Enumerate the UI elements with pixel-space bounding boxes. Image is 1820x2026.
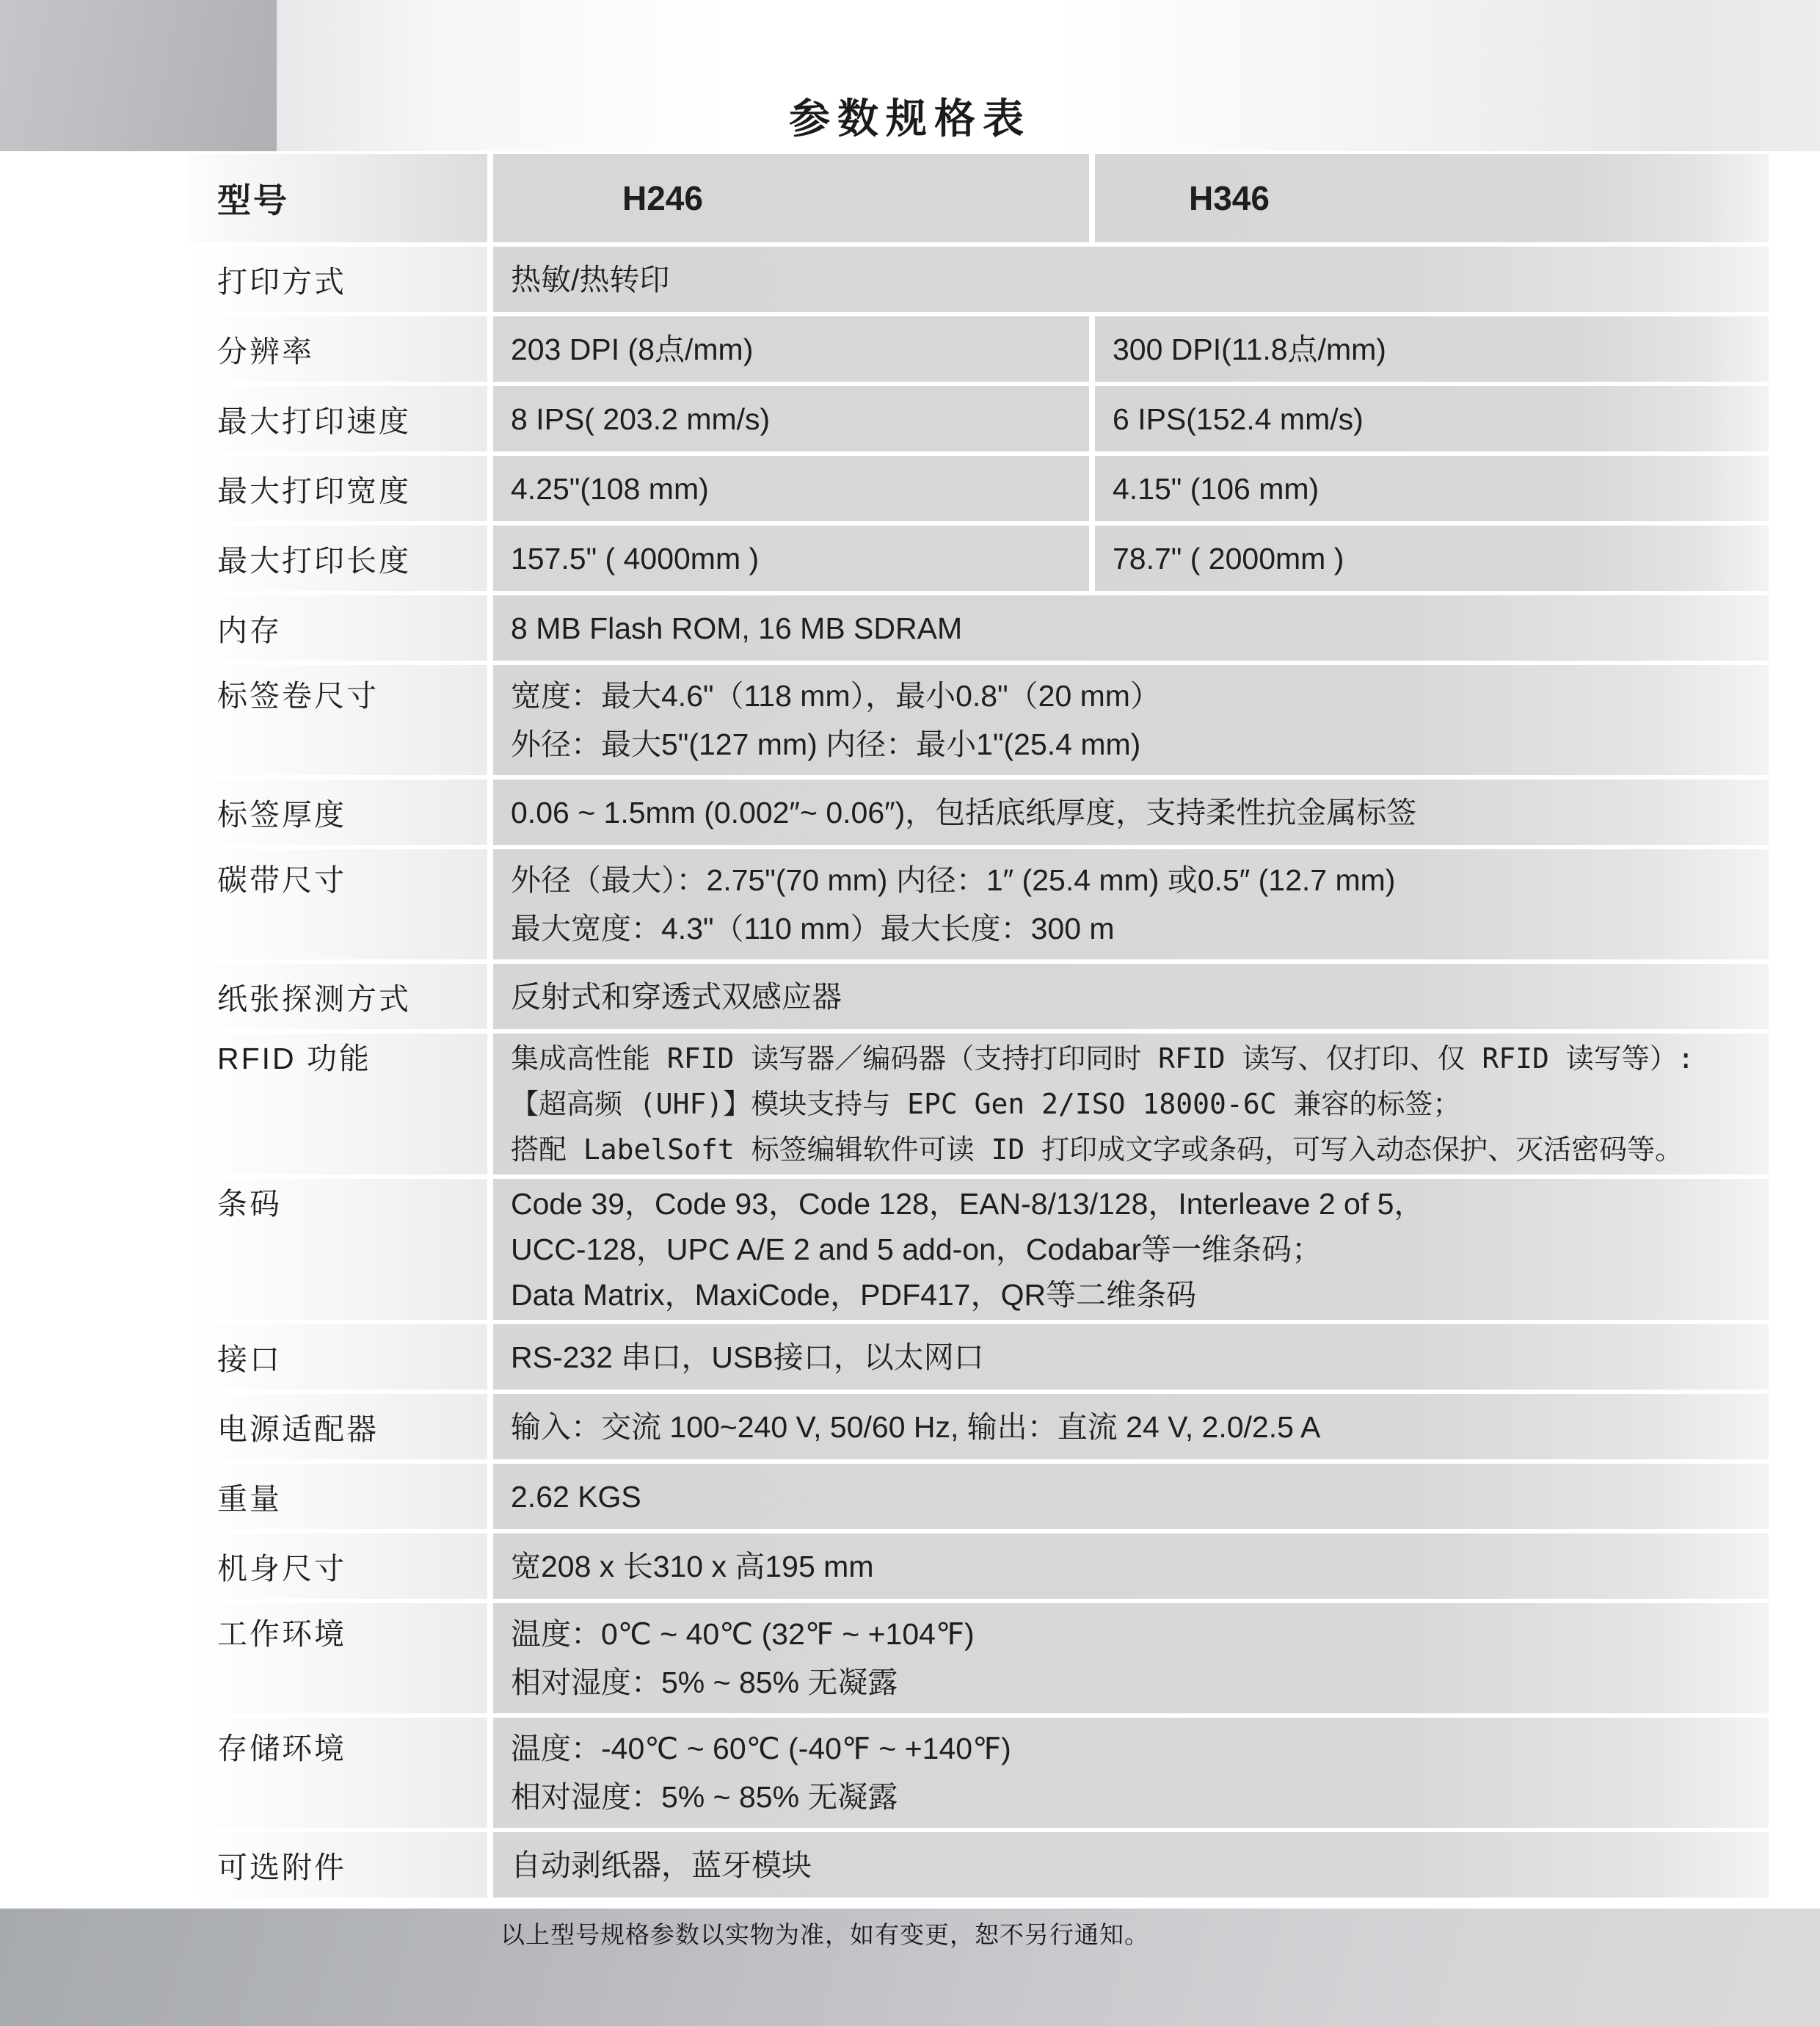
table-row: 标签厚度 0.06 ~ 1.5mm (0.002″~ 0.06″)，包括底纸厚度… [189, 780, 1769, 845]
row-label: 碳带尺寸 [189, 849, 487, 959]
table-row: 工作环境 温度：0℃ ~ 40℃ (32℉ ~ +104℉) 相对湿度：5% ~… [189, 1603, 1769, 1713]
row-value-h246: 8 IPS( 203.2 mm/s) [493, 386, 1089, 451]
row-value: 热敏/热转印 [493, 247, 1769, 312]
row-label: 最大打印长度 [189, 526, 487, 591]
table-row: 可选附件 自动剥纸器，蓝牙模块 [189, 1832, 1769, 1898]
row-value-line: RS-232 串口，USB接口，以太网口 [511, 1335, 1769, 1379]
row-value-line: 6 IPS(152.4 mm/s) [1113, 397, 1769, 441]
row-value-line: 热敏/热转印 [511, 258, 1769, 302]
row-label: 条码 [189, 1179, 487, 1320]
row-label: 存储环境 [189, 1718, 487, 1828]
row-value: Code 39，Code 93，Code 128，EAN-8/13/128，In… [493, 1179, 1769, 1320]
footer-band: 以上型号规格参数以实物为准，如有变更，恕不另行通知。 [0, 1909, 1820, 2026]
row-value-line: Code 39，Code 93，Code 128，EAN-8/13/128，In… [511, 1181, 1769, 1227]
spec-table: 型号 H246 H346 打印方式 热敏/热转印 分辨率 203 DPI (8点… [189, 154, 1769, 1902]
row-label: 打印方式 [189, 247, 487, 312]
row-value: 宽度：最大4.6"（118 mm），最小0.8"（20 mm） 外径：最大5"(… [493, 665, 1769, 775]
table-row: RFID 功能 集成高性能 RFID 读写器／编码器（支持打印同时 RFID 读… [189, 1034, 1769, 1174]
row-value-line: 0.06 ~ 1.5mm (0.002″~ 0.06″)，包括底纸厚度，支持柔性… [511, 791, 1769, 835]
row-label: 分辨率 [189, 316, 487, 382]
table-header-row: 型号 H246 H346 [189, 154, 1769, 242]
table-row: 标签卷尺寸 宽度：最大4.6"（118 mm），最小0.8"（20 mm） 外径… [189, 665, 1769, 775]
row-value-line: 自动剥纸器，蓝牙模块 [511, 1843, 1769, 1887]
row-label: 内存 [189, 595, 487, 661]
row-value-line: Data Matrix，MaxiCode，PDF417，QR等二维条码 [511, 1272, 1769, 1318]
row-label: 可选附件 [189, 1832, 487, 1898]
row-value-line: 300 DPI(11.8点/mm) [1113, 327, 1769, 371]
row-value: RS-232 串口，USB接口，以太网口 [493, 1324, 1769, 1390]
row-value-h246: 4.25"(108 mm) [493, 456, 1089, 521]
row-label: 电源适配器 [189, 1394, 487, 1459]
row-value: 输入：交流 100~240 V, 50/60 Hz, 输出：直流 24 V, 2… [493, 1394, 1769, 1459]
table-row: 打印方式 热敏/热转印 [189, 247, 1769, 312]
row-value-line: 203 DPI (8点/mm) [511, 327, 1089, 371]
row-label: 接口 [189, 1324, 487, 1390]
row-label: 重量 [189, 1464, 487, 1529]
table-row: 纸张探测方式 反射式和穿透式双感应器 [189, 964, 1769, 1029]
header-band: 参数规格表 [0, 0, 1820, 151]
row-value: 集成高性能 RFID 读写器／编码器（支持打印同时 RFID 读写、仅打印、仅 … [493, 1034, 1769, 1174]
header-model-h346: H346 [1095, 154, 1769, 242]
row-value-h346: 78.7" ( 2000mm ) [1095, 526, 1769, 591]
row-value-line: 温度：-40℃ ~ 60℃ (-40℉ ~ +140℉) [511, 1724, 1769, 1773]
row-value-line: 输入：交流 100~240 V, 50/60 Hz, 输出：直流 24 V, 2… [511, 1405, 1769, 1449]
row-value-line: 外径：最大5"(127 mm) 内径：最小1"(25.4 mm) [511, 720, 1769, 769]
table-row: 接口 RS-232 串口，USB接口，以太网口 [189, 1324, 1769, 1390]
row-label: 最大打印速度 [189, 386, 487, 451]
row-value-h346: 6 IPS(152.4 mm/s) [1095, 386, 1769, 451]
row-label: 标签卷尺寸 [189, 665, 487, 775]
row-value-line: 最大宽度：4.3"（110 mm）最大长度：300 m [511, 904, 1769, 953]
row-value-line: 157.5" ( 4000mm ) [511, 537, 1089, 581]
row-value-line: 相对湿度：5% ~ 85% 无凝露 [511, 1773, 1769, 1821]
row-value-line: 【超高频 (UHF)】模块支持与 EPC Gen 2/ISO 18000-6C … [511, 1081, 1769, 1127]
row-value-line: 4.15" (106 mm) [1113, 467, 1769, 511]
table-row: 条码 Code 39，Code 93，Code 128，EAN-8/13/128… [189, 1179, 1769, 1320]
row-label: 最大打印宽度 [189, 456, 487, 521]
table-row: 最大打印宽度 4.25"(108 mm) 4.15" (106 mm) [189, 456, 1769, 521]
footer-note: 以上型号规格参数以实物为准，如有变更，恕不另行通知。 [500, 1916, 1149, 1950]
row-value: 温度：-40℃ ~ 60℃ (-40℉ ~ +140℉) 相对湿度：5% ~ 8… [493, 1718, 1769, 1828]
row-label: 工作环境 [189, 1603, 487, 1713]
table-row: 电源适配器 输入：交流 100~240 V, 50/60 Hz, 输出：直流 2… [189, 1394, 1769, 1459]
row-value: 2.62 KGS [493, 1464, 1769, 1529]
row-value-line: 搭配 LabelSoft 标签编辑软件可读 ID 打印成文字或条码，可写入动态保… [511, 1127, 1769, 1172]
row-value-line: 8 IPS( 203.2 mm/s) [511, 397, 1089, 441]
table-row: 内存 8 MB Flash ROM, 16 MB SDRAM [189, 595, 1769, 661]
row-label: 纸张探测方式 [189, 964, 487, 1029]
table-row: 分辨率 203 DPI (8点/mm) 300 DPI(11.8点/mm) [189, 316, 1769, 382]
row-value-h346: 300 DPI(11.8点/mm) [1095, 316, 1769, 382]
spec-sheet-page: 参数规格表 型号 H246 H346 打印方式 热敏/热转印 分辨率 203 D… [0, 0, 1820, 2026]
header-model-label: 型号 [189, 154, 487, 242]
table-row: 碳带尺寸 外径（最大）：2.75"(70 mm) 内径：1″ (25.4 mm)… [189, 849, 1769, 959]
row-value: 宽208 x 长310 x 高195 mm [493, 1533, 1769, 1599]
row-label: 机身尺寸 [189, 1533, 487, 1599]
row-value-line: UCC-128，UPC A/E 2 and 5 add-on，Codabar等一… [511, 1227, 1769, 1272]
row-value: 温度：0℃ ~ 40℃ (32℉ ~ +104℉) 相对湿度：5% ~ 85% … [493, 1603, 1769, 1713]
row-value-line: 4.25"(108 mm) [511, 467, 1089, 511]
row-value-line: 78.7" ( 2000mm ) [1113, 537, 1769, 581]
row-value-line: 集成高性能 RFID 读写器／编码器（支持打印同时 RFID 读写、仅打印、仅 … [511, 1036, 1769, 1081]
row-value: 自动剥纸器，蓝牙模块 [493, 1832, 1769, 1898]
row-label: RFID 功能 [189, 1034, 487, 1174]
row-label: 标签厚度 [189, 780, 487, 845]
table-row: 机身尺寸 宽208 x 长310 x 高195 mm [189, 1533, 1769, 1599]
row-value-line: 宽度：最大4.6"（118 mm），最小0.8"（20 mm） [511, 672, 1769, 720]
row-value-h246: 157.5" ( 4000mm ) [493, 526, 1089, 591]
row-value: 外径（最大）：2.75"(70 mm) 内径：1″ (25.4 mm) 或0.5… [493, 849, 1769, 959]
row-value: 8 MB Flash ROM, 16 MB SDRAM [493, 595, 1769, 661]
row-value-line: 8 MB Flash ROM, 16 MB SDRAM [511, 606, 1769, 650]
table-row: 重量 2.62 KGS [189, 1464, 1769, 1529]
row-value-line: 反射式和穿透式双感应器 [511, 975, 1769, 1019]
row-value-h346: 4.15" (106 mm) [1095, 456, 1769, 521]
row-value-line: 宽208 x 长310 x 高195 mm [511, 1544, 1769, 1589]
row-value: 反射式和穿透式双感应器 [493, 964, 1769, 1029]
row-value-line: 2.62 KGS [511, 1475, 1769, 1519]
row-value: 0.06 ~ 1.5mm (0.002″~ 0.06″)，包括底纸厚度，支持柔性… [493, 780, 1769, 845]
table-row: 存储环境 温度：-40℃ ~ 60℃ (-40℉ ~ +140℉) 相对湿度：5… [189, 1718, 1769, 1828]
table-row: 最大打印长度 157.5" ( 4000mm ) 78.7" ( 2000mm … [189, 526, 1769, 591]
table-row: 最大打印速度 8 IPS( 203.2 mm/s) 6 IPS(152.4 mm… [189, 386, 1769, 451]
row-value-line: 外径（最大）：2.75"(70 mm) 内径：1″ (25.4 mm) 或0.5… [511, 856, 1769, 904]
page-title: 参数规格表 [0, 87, 1820, 145]
header-model-h246: H246 [493, 154, 1089, 242]
row-value-line: 相对湿度：5% ~ 85% 无凝露 [511, 1658, 1769, 1707]
row-value-h246: 203 DPI (8点/mm) [493, 316, 1089, 382]
row-value-line: 温度：0℃ ~ 40℃ (32℉ ~ +104℉) [511, 1610, 1769, 1658]
